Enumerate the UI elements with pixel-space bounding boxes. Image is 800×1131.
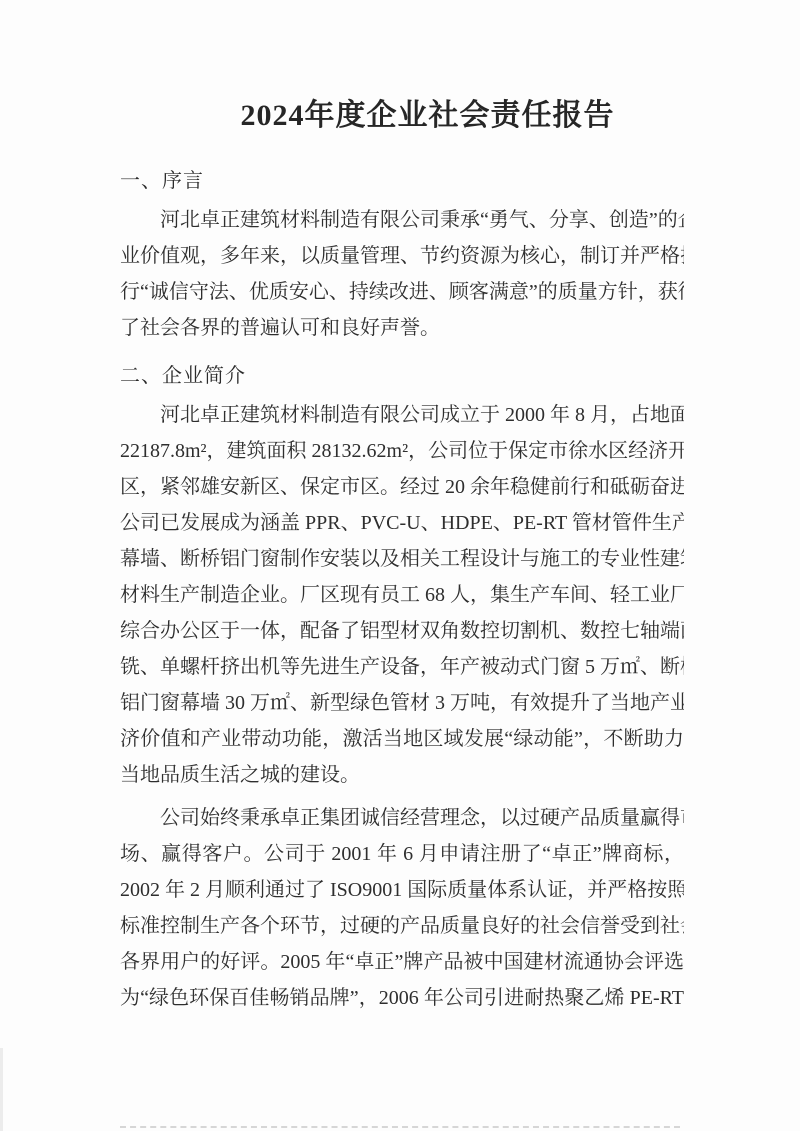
text-line: 业价值观，多年来，以质量管理、节约资源为核心，制订并严格执	[120, 238, 684, 274]
text-line: 公司始终秉承卓正集团诚信经营理念，以过硬产品质量赢得市	[120, 800, 684, 836]
text-line: 行“诚信守法、优质安心、持续改进、顾客满意”的质量方针，获得	[120, 274, 684, 310]
text-line: 幕墙、断桥铝门窗制作安装以及相关工程设计与施工的专业性建筑	[120, 541, 684, 577]
text-line: 河北卓正建筑材料制造有限公司成立于 2000 年 8 月，占地面积	[120, 397, 684, 433]
text-line: 铣、单螺杆挤出机等先进生产设备，年产被动式门窗 5 万㎡、断桥	[120, 649, 684, 685]
text-line: 材料生产制造企业。厂区现有员工 68 人，集生产车间、轻工业厂房、	[120, 577, 684, 613]
text-line: 当地品质生活之城的建设。	[120, 757, 684, 793]
paragraph-preface: 河北卓正建筑材料制造有限公司秉承“勇气、分享、创造”的企 业价值观，多年来，以质…	[120, 202, 684, 346]
scan-artifact-bottom-line	[120, 1126, 680, 1128]
text-line: 铝门窗幕墙 30 万㎡、新型绿色管材 3 万吨，有效提升了当地产业经	[120, 685, 684, 721]
text-line: 了社会各界的普遍认可和良好声誉。	[120, 310, 684, 346]
section-heading-company-profile: 二、企业简介	[120, 361, 684, 391]
document-page: 2024年度企业社会责任报告 一、序言 河北卓正建筑材料制造有限公司秉承“勇气、…	[0, 0, 800, 1131]
text-line: 2002 年 2 月顺利通过了 ISO9001 国际质量体系认证，并严格按照其	[120, 872, 684, 908]
paragraph-company-overview: 河北卓正建筑材料制造有限公司成立于 2000 年 8 月，占地面积 22187.…	[120, 397, 684, 793]
text-line: 场、赢得客户。公司于 2001 年 6 月申请注册了“卓正”牌商标，	[120, 836, 684, 872]
text-line: 各界用户的好评。2005 年“卓正”牌产品被中国建材流通协会评选	[120, 944, 684, 980]
text-line: 综合办公区于一体，配备了铝型材双角数控切割机、数控七轴端面	[120, 613, 684, 649]
scan-artifact-left-edge	[0, 1048, 3, 1131]
section-heading-preface: 一、序言	[120, 166, 684, 196]
text-line: 22187.8m²，建筑面积 28132.62m²，公司位于保定市徐水区经济开发	[120, 433, 684, 469]
text-line: 济价值和产业带动功能，激活当地区域发展“绿动能”，不断助力	[120, 721, 684, 757]
paragraph-brand-history: 公司始终秉承卓正集团诚信经营理念，以过硬产品质量赢得市 场、赢得客户。公司于 2…	[120, 800, 684, 1016]
text-line: 河北卓正建筑材料制造有限公司秉承“勇气、分享、创造”的企	[120, 202, 684, 238]
page-title: 2024年度企业社会责任报告	[146, 95, 709, 137]
text-line: 区，紧邻雄安新区、保定市区。经过 20 余年稳健前行和砥砺奋进，	[120, 469, 684, 505]
text-line: 标准控制生产各个环节，过硬的产品质量良好的社会信誉受到社会	[120, 908, 684, 944]
text-line: 公司已发展成为涵盖 PPR、PVC-U、HDPE、PE-RT 管材管件生产、	[120, 505, 684, 541]
text-line: 为“绿色环保百佳畅销品牌”，2006 年公司引进耐热聚乙烯 PE-RT	[120, 980, 684, 1016]
